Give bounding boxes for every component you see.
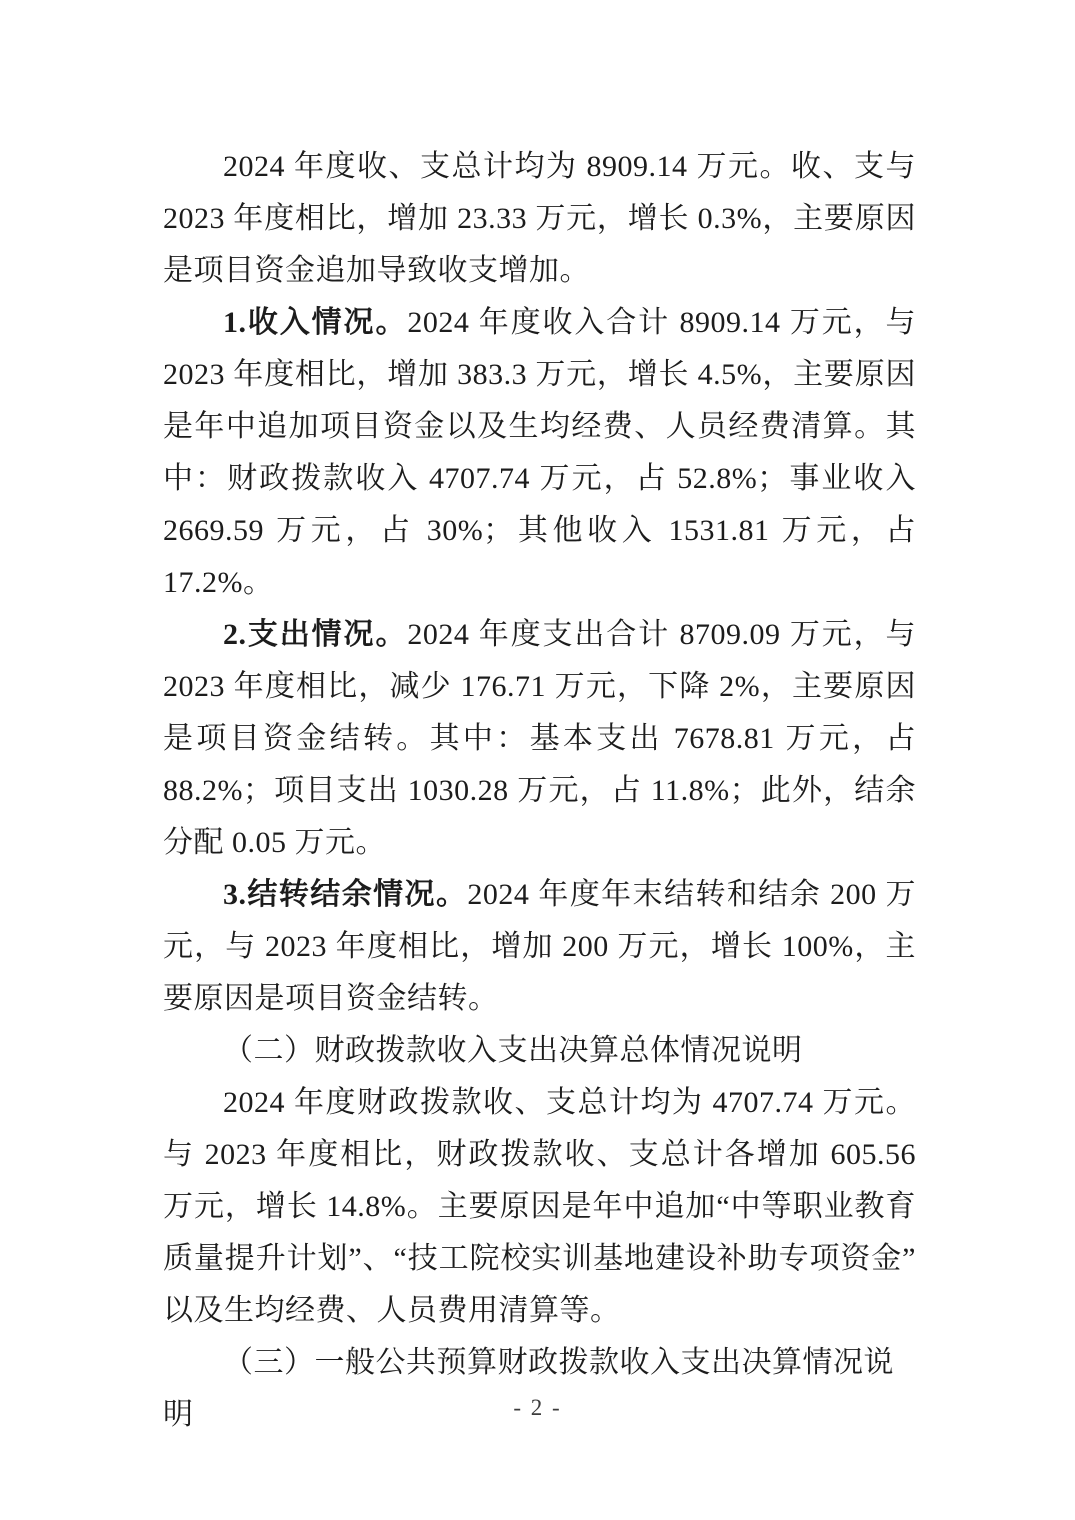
document-body: 2024 年度收、支总计均为 8909.14 万元。收、支与 2023 年度相比… [163,141,916,1441]
paragraph-lead-expenditure: 2.支出情况。 [223,618,407,651]
paragraph-text: 2024 年度支出合计 8709.09 万元，与 2023 年度相比，减少 17… [163,618,916,859]
paragraph-text: 2024 年度收、支总计均为 8909.14 万元。收、支与 2023 年度相比… [163,150,916,287]
paragraph-text: 2024 年度收入合计 8909.14 万元，与 2023 年度相比，增加 38… [163,306,916,599]
page-number: - 2 - [0,1395,1075,1421]
paragraph-fiscal-appropriation-detail: 2024 年度财政拨款收、支总计均为 4707.74 万元。与 2023 年度相… [163,1077,916,1337]
section-heading-general-public-budget: （三）一般公共预算财政拨款收入支出决算情况说明 [163,1337,916,1441]
paragraph-income: 1.收入情况。2024 年度收入合计 8909.14 万元，与 2023 年度相… [163,297,916,609]
paragraph-carryover: 3.结转结余情况。2024 年度年末结转和结余 200 万元，与 2023 年度… [163,869,916,1025]
paragraph-lead-carryover: 3.结转结余情况。 [223,878,467,911]
paragraph-text: 2024 年度财政拨款收、支总计均为 4707.74 万元。与 2023 年度相… [163,1086,916,1327]
paragraph-expenditure: 2.支出情况。2024 年度支出合计 8709.09 万元，与 2023 年度相… [163,609,916,869]
document-page: 2024 年度收、支总计均为 8909.14 万元。收、支与 2023 年度相比… [0,0,1075,1520]
paragraph-overall-totals: 2024 年度收、支总计均为 8909.14 万元。收、支与 2023 年度相比… [163,141,916,297]
section-heading-fiscal-appropriation: （二）财政拨款收入支出决算总体情况说明 [163,1025,916,1077]
paragraph-lead-income: 1.收入情况。 [223,306,407,339]
